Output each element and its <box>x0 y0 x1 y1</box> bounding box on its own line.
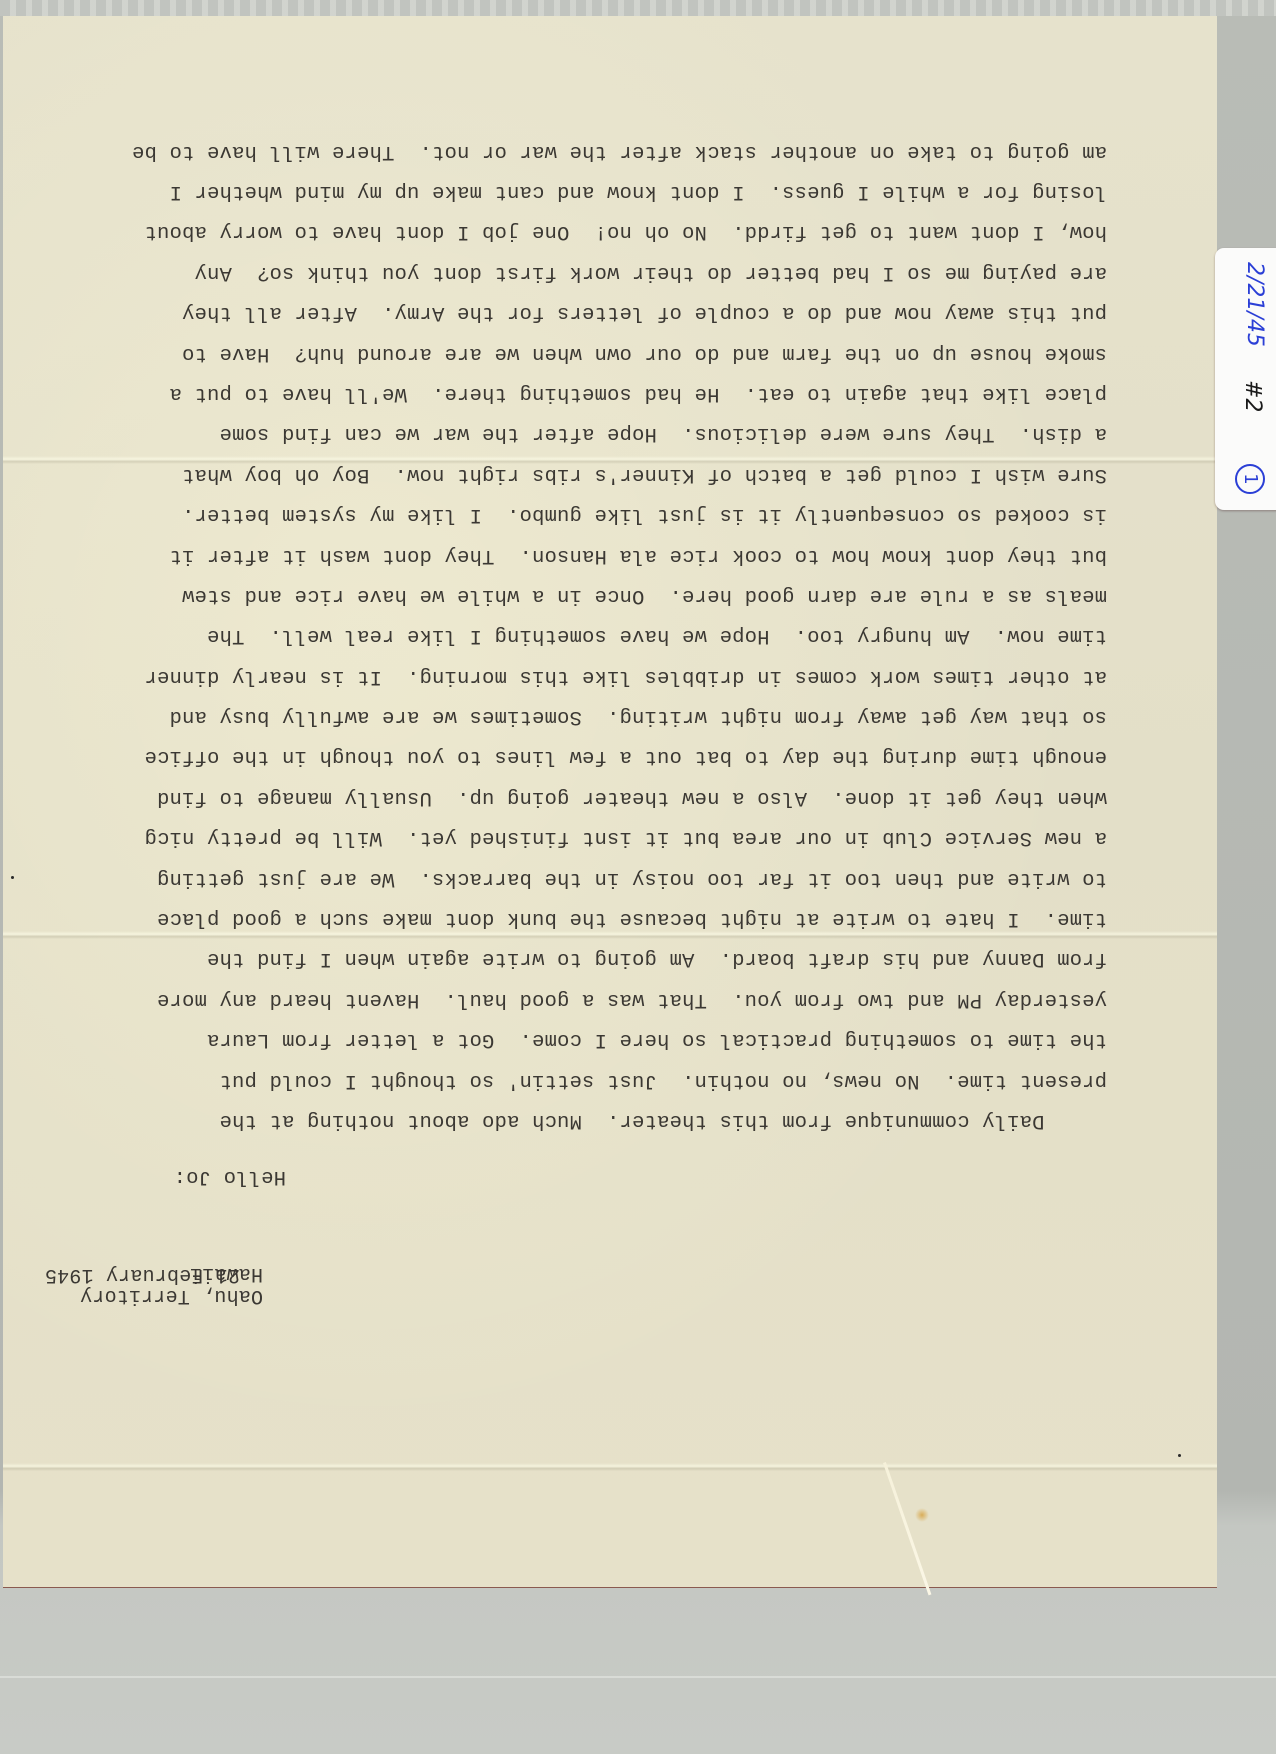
letter-date: 21 February 1945 <box>0 1263 240 1285</box>
letter-salutation: Hello Jo: <box>173 1165 286 1188</box>
letter-line: yesterday PM and two from you. That was … <box>17 970 1107 1010</box>
letter-line: but they dont know how to cook rice ala … <box>17 526 1107 566</box>
letter-line: to write and then too it far too noisy i… <box>17 849 1107 889</box>
sleeve-perforated-edge <box>0 0 1276 16</box>
letter-line: losing for a while I guess. I dont know … <box>17 163 1107 203</box>
letter-line: so that way get away from night writing.… <box>17 688 1107 728</box>
letter-line: when they get it done. Also a new theate… <box>17 768 1107 808</box>
letter-line: present time. No news, no nothin. Just s… <box>17 1051 1107 1091</box>
letter-line: a dish. They sure were delicious. Hope a… <box>17 405 1107 445</box>
letter-line: place like that again to eat. He had som… <box>17 365 1107 405</box>
sleeve-edge-line <box>0 1676 1276 1678</box>
note-page-number-circled: 1 <box>1235 464 1265 494</box>
letter-line: are paying me so I had better do their w… <box>17 243 1107 283</box>
letter-line: Sure wish I could get a batch of Kinner'… <box>17 445 1107 485</box>
letter-page: Oahu, Territory Hawaii 21 February 1945 … <box>3 16 1217 1587</box>
archive-sticky-note: 2/21/45 #2 1 <box>1215 248 1276 510</box>
note-date: 2/21/45 <box>1242 262 1267 347</box>
letter-line: at other times work comes in dribbles li… <box>17 647 1107 687</box>
note-letter-number: #2 <box>1240 380 1265 412</box>
letter-line: is cooked so consequently it is just lik… <box>17 486 1107 526</box>
letter-line: meals as a rule are darn good here. Once… <box>17 567 1107 607</box>
letter-line: a new Service Club in our area but it is… <box>17 809 1107 849</box>
letter-line: Daily communique from this theater. Much… <box>17 1092 1107 1132</box>
letter-line: from Danny and his draft board. Am going… <box>17 930 1107 970</box>
letter-line: the time to something practical so here … <box>17 1011 1107 1051</box>
letter-line: am going to take on another stack after … <box>17 122 1107 162</box>
letter-line: smoke house up on the farm and do our ow… <box>17 324 1107 364</box>
letter-line: enough time during the day to bat out a … <box>17 728 1107 768</box>
letter-line: how, I dont want to get firdd. No oh no!… <box>17 203 1107 243</box>
letter-line: time. I hate to write at night because t… <box>17 890 1107 930</box>
letter-line: time now. Am hungry too. Hope we have so… <box>17 607 1107 647</box>
letter-text-block-rotated: Oahu, Territory Hawaii 21 February 1945 … <box>3 16 1217 1587</box>
letter-body: Daily communique from this theater. Much… <box>17 122 1107 1132</box>
letter-line: put this away now and do a couple of let… <box>17 284 1107 324</box>
